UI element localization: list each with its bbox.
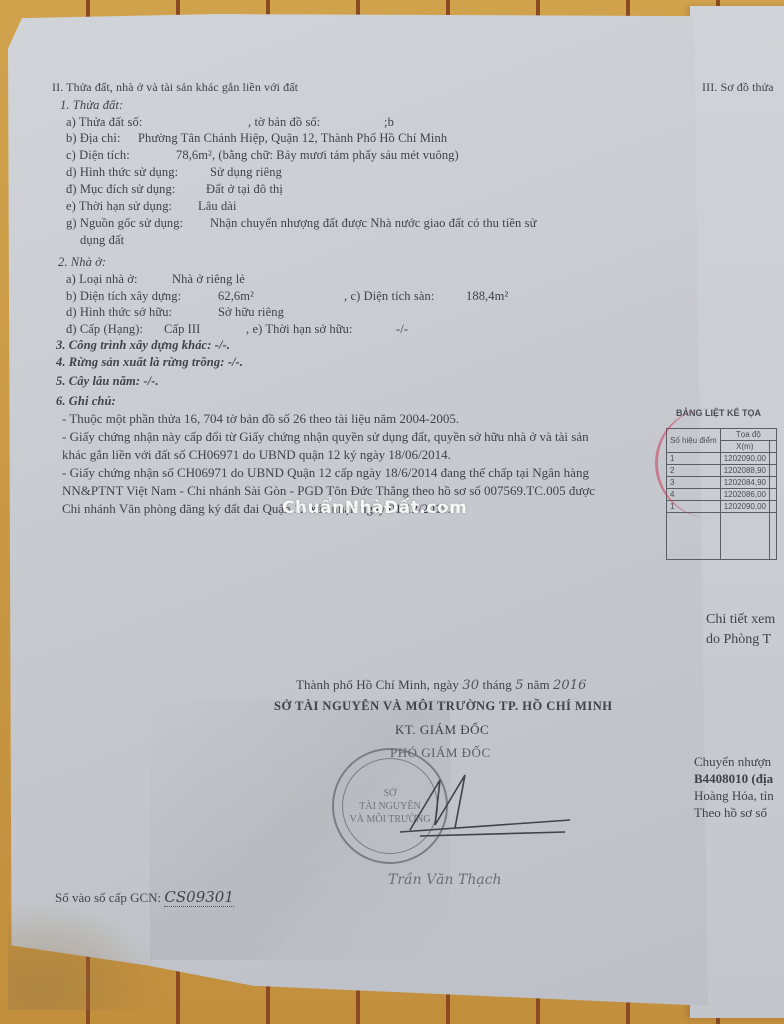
land-use-purpose-value: Đất ở tại đô thị bbox=[206, 182, 283, 197]
land-map-sheet-end: ;b bbox=[384, 115, 394, 130]
land-area-value: 78,6m², (bằng chữ: Bảy mươi tám phẩy sáu… bbox=[176, 148, 459, 163]
land-origin-value-cont: dụng đất bbox=[80, 233, 124, 248]
land-area-label: c) Diện tích: bbox=[66, 148, 130, 163]
house-build-area-value: 62,6m² bbox=[218, 289, 254, 304]
land-use-term-label: e) Thời hạn sử dụng: bbox=[66, 199, 172, 214]
note-item: - Thuộc một phần thửa 16, 704 tờ bản đồ … bbox=[62, 410, 612, 428]
house-type-label: a) Loại nhà ở: bbox=[66, 272, 138, 287]
coord-y bbox=[769, 453, 776, 465]
house-floor-area-label: , c) Diện tích sàn: bbox=[344, 289, 434, 304]
land-heading: 1. Thửa đất: bbox=[60, 98, 123, 113]
serial-value: CS09301 bbox=[164, 888, 233, 907]
coord-y bbox=[769, 501, 776, 513]
serial-label: Số vào sổ cấp GCN: bbox=[55, 890, 161, 905]
coord-y bbox=[769, 477, 776, 489]
note-item: - Giấy chứng nhận này cấp đổi từ Giấy ch… bbox=[62, 428, 612, 464]
land-use-form-label: d) Hình thức sử dụng: bbox=[66, 165, 178, 180]
date-year: 2016 bbox=[553, 678, 586, 693]
coord-y bbox=[769, 489, 776, 501]
date-year-label: năm bbox=[527, 677, 550, 692]
notes-heading: 6. Ghi chú: bbox=[56, 394, 116, 409]
land-map-sheet-label: , tờ bản đồ số: bbox=[248, 115, 320, 130]
watermark: ChuẩnNhàĐất.com bbox=[282, 498, 467, 518]
paper-stain bbox=[8, 900, 168, 1010]
land-use-term-value: Lâu dài bbox=[198, 199, 237, 214]
house-heading: 2. Nhà ở: bbox=[58, 255, 106, 270]
house-term-label: , e) Thời hạn sở hữu: bbox=[246, 322, 353, 337]
house-term-value: -/- bbox=[396, 322, 408, 337]
right-transfer-line-3: Hoàng Hóa, tỉn bbox=[694, 788, 774, 804]
signature-scribble bbox=[380, 770, 580, 840]
other-construction: 3. Công trình xây dựng khác: -/-. bbox=[56, 338, 230, 353]
house-floor-area-value: 188,4m² bbox=[466, 289, 508, 304]
serial-number: Số vào sổ cấp GCN: CS09301 bbox=[55, 888, 234, 906]
issuing-agency: SỞ TÀI NGUYÊN VÀ MÔI TRƯỜNG TP. HỒ CHÍ M… bbox=[274, 699, 612, 714]
place-date-line: Thành phố Hồ Chí Minh, ngày 30 tháng 5 n… bbox=[296, 677, 587, 693]
house-grade-value: Cấp III bbox=[164, 322, 200, 337]
house-type-value: Nhà ở riêng lẻ bbox=[172, 272, 245, 287]
right-transfer-line-2: B4408010 (địa bbox=[694, 771, 773, 787]
date-month-label: tháng bbox=[483, 677, 512, 692]
land-address-value: Phường Tân Chánh Hiệp, Quận 12, Thành Ph… bbox=[138, 131, 447, 146]
section-title: II. Thửa đất, nhà ở và tài sản khác gắn … bbox=[52, 80, 298, 95]
signer-name: Trần Văn Thạch bbox=[388, 872, 502, 888]
on-behalf-title: KT. GIÁM ĐỐC bbox=[395, 722, 489, 738]
land-use-form-value: Sử dụng riêng bbox=[210, 165, 282, 180]
perennial-trees: 5. Cây lâu năm: -/-. bbox=[56, 374, 159, 389]
right-transfer-line-4: Theo hồ sơ số bbox=[694, 805, 767, 821]
house-ownership-value: Sở hữu riêng bbox=[218, 305, 284, 320]
date-day: 30 bbox=[462, 678, 479, 693]
land-origin-value: Nhận chuyển nhượng đất được Nhà nước gia… bbox=[210, 216, 536, 231]
date-month: 5 bbox=[515, 678, 523, 693]
col-y-header bbox=[769, 441, 776, 453]
coord-y bbox=[769, 465, 776, 477]
right-transfer-line-1: Chuyển nhượn bbox=[694, 754, 771, 770]
land-origin-label: g) Nguồn gốc sử dụng: bbox=[66, 216, 183, 231]
right-section-title: III. Sơ đồ thửa bbox=[702, 80, 774, 95]
production-forest: 4. Rừng sản xuất là rừng trồng: -/-. bbox=[56, 355, 243, 370]
place-date-prefix: Thành phố Hồ Chí Minh, ngày bbox=[296, 677, 459, 692]
right-detail-line-2: do Phòng T bbox=[706, 632, 771, 648]
land-use-purpose-label: đ) Mục đích sử dụng: bbox=[66, 182, 175, 197]
right-detail-line-1: Chi tiết xem bbox=[706, 612, 775, 628]
land-parcel-number-label: a) Thửa đất số: bbox=[66, 115, 142, 130]
house-ownership-label: d) Hình thức sở hữu: bbox=[66, 305, 172, 320]
house-grade-label: đ) Cấp (Hạng): bbox=[66, 322, 143, 337]
land-address-label: b) Địa chỉ: bbox=[66, 131, 121, 146]
house-build-area-label: b) Diện tích xây dựng: bbox=[66, 289, 181, 304]
